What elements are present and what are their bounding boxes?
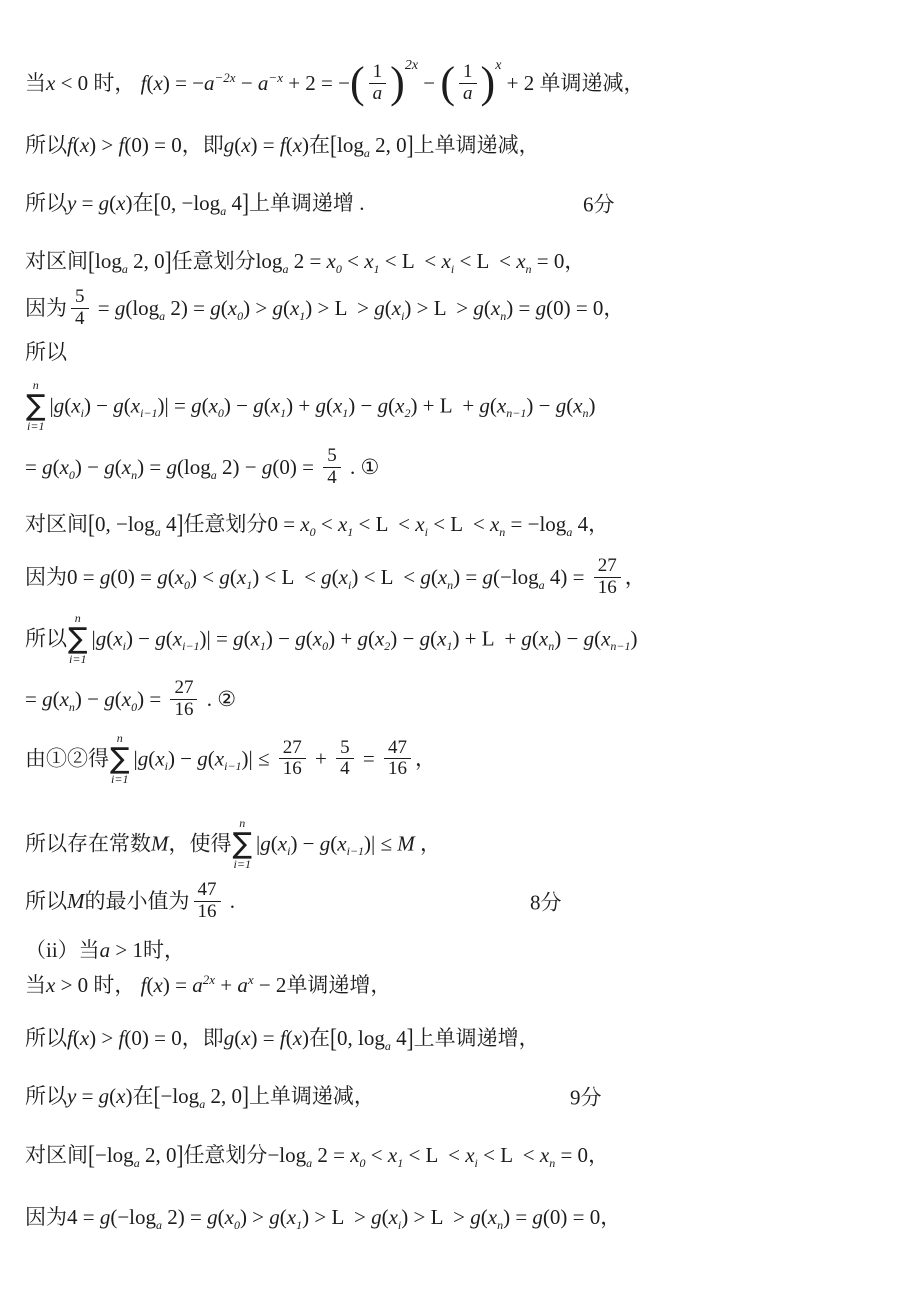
math-roman-run: (log bbox=[177, 455, 211, 479]
math-roman-run: < L < bbox=[454, 249, 516, 273]
math-roman-run: = 0 bbox=[555, 1143, 588, 1167]
math-line-14: 所以存在常数M，使得n∑i=1|g(xi) − g(xi−1)| ≤ M ， bbox=[25, 819, 890, 872]
math-variable: g bbox=[521, 626, 532, 650]
fraction-denominator: 16 bbox=[172, 700, 195, 721]
subscript: a bbox=[385, 1039, 391, 1053]
fraction-numerator: 47 bbox=[194, 880, 221, 902]
bracket: [ bbox=[330, 128, 337, 163]
math-roman-run: < L < bbox=[353, 512, 415, 536]
math-roman-run: log bbox=[337, 133, 364, 157]
math-roman-run: (0) = 0 bbox=[124, 133, 181, 157]
math-roman-run: ( bbox=[166, 626, 173, 650]
math-roman-run: 2) − bbox=[217, 455, 262, 479]
summation-lower-limit: i=1 bbox=[111, 773, 128, 785]
subscript: i−1 bbox=[224, 759, 241, 773]
math-roman-run: 2 = bbox=[288, 249, 326, 273]
math-line-20: 对区间[−loga 2, 0]任意划分−loga 2 = x0 < x1 < L… bbox=[25, 1142, 890, 1172]
math-roman-run: 2) = bbox=[162, 1205, 207, 1229]
big-paren: ( bbox=[350, 70, 365, 96]
math-roman-run: ) − bbox=[75, 455, 104, 479]
subscript: n bbox=[497, 1218, 503, 1232]
math-roman-run: ) = bbox=[251, 133, 280, 157]
bracket: ] bbox=[165, 244, 172, 279]
math-variable: g bbox=[104, 455, 115, 479]
cjk-text-run: 时， bbox=[93, 973, 140, 997]
subscript: 1 bbox=[246, 578, 252, 592]
math-roman-run: − bbox=[236, 71, 258, 95]
math-roman-run: = bbox=[93, 296, 115, 320]
fraction-denominator: 16 bbox=[196, 902, 219, 923]
math-roman-run: 4 bbox=[391, 1026, 407, 1050]
math-variable: x bbox=[154, 71, 163, 95]
math-variable: x bbox=[46, 71, 55, 95]
fraction-numerator: 27 bbox=[279, 738, 306, 760]
cjk-text-run: 在 bbox=[133, 191, 154, 215]
math-roman-run: ) = bbox=[251, 1026, 280, 1050]
math-roman-run: )| ≤ bbox=[364, 831, 397, 855]
math-line-13: 由①②得n∑i=1|g(xi) − g(xi−1)| ≤ 2716 + 54 =… bbox=[25, 734, 890, 787]
subscript: 0 bbox=[69, 468, 75, 482]
cjk-text-run: 所以 bbox=[25, 1084, 67, 1108]
math-roman-run: ( bbox=[490, 393, 497, 417]
math-roman-run: . bbox=[225, 889, 236, 913]
math-variable: x bbox=[293, 1026, 302, 1050]
bracket: ] bbox=[176, 1138, 183, 1173]
math-roman-run: = bbox=[76, 1084, 98, 1108]
subscript: n bbox=[549, 1156, 555, 1170]
math-roman-run: ) = bbox=[163, 973, 192, 997]
fraction-numerator: 47 bbox=[384, 738, 411, 760]
math-variable: g bbox=[99, 1084, 110, 1108]
math-roman-run: ) + L + bbox=[410, 393, 479, 417]
math-variable: x bbox=[122, 687, 131, 711]
cjk-text-run: 任意划分 bbox=[183, 512, 267, 536]
math-variable: g bbox=[420, 626, 431, 650]
subscript: a bbox=[539, 578, 545, 592]
math-variable: x bbox=[415, 512, 424, 536]
math-variable: g bbox=[473, 296, 484, 320]
math-line-3: 所以y = g(x)在[0, −loga 4]上单调递增 .6分 bbox=[25, 190, 890, 220]
fraction: 54 bbox=[71, 287, 89, 329]
subscript: 0 bbox=[336, 262, 342, 276]
math-roman-run: ( bbox=[271, 831, 278, 855]
cjk-text-run: 对区间 bbox=[25, 512, 88, 536]
math-variable: x bbox=[465, 1143, 474, 1167]
math-roman-run: (0) = 0 bbox=[124, 1026, 181, 1050]
subscript: a bbox=[122, 262, 128, 276]
sigma-glyph: ∑ bbox=[68, 624, 88, 653]
superscript: 2x bbox=[203, 972, 215, 987]
math-roman-run: < L < bbox=[478, 1143, 540, 1167]
cjk-text-run: ， bbox=[415, 746, 436, 770]
superscript: 2x bbox=[405, 58, 418, 73]
math-variable: x bbox=[442, 249, 451, 273]
math-variable: x bbox=[116, 191, 125, 215]
math-roman-run: ( bbox=[168, 565, 175, 589]
math-roman-run: ( bbox=[283, 296, 290, 320]
math-variable: x bbox=[271, 393, 280, 417]
math-roman-run: ) − bbox=[84, 393, 113, 417]
math-variable: a bbox=[100, 938, 111, 962]
math-roman-run: 4 = bbox=[67, 1205, 100, 1229]
subscript: i bbox=[398, 1218, 401, 1232]
math-variable: g bbox=[113, 393, 124, 417]
math-roman-run: = −log bbox=[505, 512, 566, 536]
math-variable: M bbox=[67, 889, 85, 913]
sigma-glyph: ∑ bbox=[233, 829, 253, 858]
math-line-21: 因为4 = g(−loga 2) = g(x0) > g(x1) > L > g… bbox=[25, 1204, 890, 1234]
math-roman-run: ) − bbox=[168, 746, 197, 770]
cjk-text-run: 单调递减， bbox=[540, 71, 645, 95]
fraction-numerator: 5 bbox=[71, 287, 89, 309]
cjk-text-run: 所以 bbox=[25, 191, 67, 215]
subscript: a bbox=[211, 468, 217, 482]
subscript: 1 bbox=[347, 525, 353, 539]
cjk-text-run: 得 bbox=[88, 746, 109, 770]
math-variable: g bbox=[374, 296, 385, 320]
math-variable: g bbox=[483, 565, 494, 589]
math-variable: g bbox=[100, 565, 111, 589]
subscript: n bbox=[499, 525, 505, 539]
subscript: a bbox=[159, 309, 165, 323]
math-roman-run: 2, 0 bbox=[205, 1084, 242, 1108]
math-variable: x bbox=[131, 393, 140, 417]
subscript: 1 bbox=[260, 639, 266, 653]
summation-lower-limit: i=1 bbox=[27, 420, 44, 432]
math-variable: g bbox=[224, 133, 235, 157]
math-roman-run: = bbox=[358, 746, 380, 770]
math-roman-run: )| = bbox=[200, 626, 234, 650]
math-variable: x bbox=[154, 973, 163, 997]
cjk-text-run: 由 bbox=[25, 746, 46, 770]
math-roman-run: 4 bbox=[572, 512, 588, 536]
math-variable: x bbox=[350, 1143, 359, 1167]
math-roman-run: 4 bbox=[161, 512, 177, 536]
math-variable: g bbox=[479, 393, 490, 417]
math-roman-run: ( bbox=[230, 565, 237, 589]
math-roman-run: . bbox=[354, 191, 365, 215]
math-line-19: 所以y = g(x)在[−loga 2, 0]上单调递减，9分 bbox=[25, 1083, 890, 1113]
subscript: i−1 bbox=[140, 406, 157, 420]
math-variable: g bbox=[42, 455, 53, 479]
fraction-denominator: 16 bbox=[596, 578, 619, 599]
cjk-text-run: 上单调递增 bbox=[249, 191, 354, 215]
math-roman-run: (0) = 0 bbox=[543, 1205, 600, 1229]
math-roman-run: ) = bbox=[506, 296, 535, 320]
subscript: n bbox=[69, 700, 75, 714]
big-paren: ) bbox=[481, 70, 496, 96]
math-roman-run: ) = bbox=[137, 455, 166, 479]
fraction: 1a bbox=[459, 62, 477, 104]
math-roman-run: ( bbox=[73, 133, 80, 157]
cjk-text-run: ，使得 bbox=[169, 831, 232, 855]
math-roman-run: ) bbox=[302, 133, 309, 157]
big-paren: ) bbox=[390, 70, 405, 96]
fraction: 2716 bbox=[170, 678, 197, 720]
math-roman-run: ( bbox=[115, 455, 122, 479]
math-variable: x bbox=[71, 393, 80, 417]
math-variable: x bbox=[388, 1143, 397, 1167]
math-roman-run: ) bbox=[589, 393, 596, 417]
math-variable: g bbox=[207, 1205, 218, 1229]
cjk-text-run: 所以 bbox=[25, 626, 67, 650]
fraction-denominator: 4 bbox=[73, 309, 87, 330]
subscript: n bbox=[500, 309, 506, 323]
subscript: i−1 bbox=[182, 639, 199, 653]
subscript: 2 bbox=[404, 406, 410, 420]
bracket: [ bbox=[154, 1079, 161, 1114]
math-roman-run: ) > L > bbox=[302, 1205, 371, 1229]
math-variable: x bbox=[237, 565, 246, 589]
math-variable: x bbox=[364, 249, 373, 273]
math-variable: g bbox=[556, 393, 567, 417]
math-roman-run: (−log bbox=[493, 565, 539, 589]
subscript: i bbox=[425, 525, 428, 539]
subscript: 1 bbox=[397, 1156, 403, 1170]
cjk-text-run: 当 bbox=[25, 973, 46, 997]
subscript: i bbox=[81, 406, 84, 420]
math-variable: g bbox=[138, 746, 149, 770]
math-roman-run: −log bbox=[161, 1084, 200, 1108]
math-roman-run: 0, −log bbox=[95, 512, 155, 536]
math-roman-run: ( bbox=[431, 565, 438, 589]
cjk-text-run: 时， bbox=[93, 71, 140, 95]
math-roman-run: ) > bbox=[240, 1205, 269, 1229]
math-roman-run: ( bbox=[264, 393, 271, 417]
math-variable: a bbox=[237, 973, 248, 997]
subscript: n bbox=[447, 578, 453, 592]
math-variable: x bbox=[113, 626, 122, 650]
math-variable: g bbox=[166, 455, 177, 479]
subscript: n bbox=[548, 639, 554, 653]
subscript: 0 bbox=[310, 525, 316, 539]
math-line-15: 所以M的最小值为4716 .8分 bbox=[25, 882, 890, 924]
math-variable: g bbox=[371, 1205, 382, 1229]
subscript: a bbox=[134, 1156, 140, 1170]
math-roman-run: ) = − bbox=[163, 71, 204, 95]
math-variable: g bbox=[233, 626, 244, 650]
bracket: [ bbox=[330, 1021, 337, 1056]
math-roman-run: ( bbox=[53, 687, 60, 711]
cjk-text-run: ， bbox=[564, 249, 585, 273]
math-roman-run: = bbox=[25, 687, 42, 711]
math-line-10: 因为0 = g(0) = g(x0) < g(x1) < L < g(xi) <… bbox=[25, 558, 890, 600]
math-roman-run: ) bbox=[126, 191, 133, 215]
math-roman-run: ( bbox=[218, 1205, 225, 1229]
math-variable: x bbox=[516, 249, 525, 273]
math-variable: x bbox=[173, 626, 182, 650]
fraction-numerator: 27 bbox=[170, 678, 197, 700]
fraction-numerator: 27 bbox=[594, 556, 621, 578]
math-variable: g bbox=[197, 746, 208, 770]
math-roman-run: ( bbox=[73, 1026, 80, 1050]
bracket: ] bbox=[407, 128, 414, 163]
cjk-text-run: 所以 bbox=[25, 1026, 67, 1050]
cjk-text-run: ，即 bbox=[182, 133, 224, 157]
math-variable: y bbox=[67, 191, 76, 215]
subscript: a bbox=[155, 525, 161, 539]
math-variable: x bbox=[225, 1205, 234, 1229]
math-variable: g bbox=[378, 393, 389, 417]
math-roman-run: < bbox=[366, 1143, 388, 1167]
score-mark: 8分 bbox=[530, 890, 562, 917]
summation-lower-limit: i=1 bbox=[69, 653, 86, 665]
cjk-text-run: ， bbox=[588, 1143, 609, 1167]
subscript: n−1 bbox=[506, 406, 526, 420]
bracket: [ bbox=[88, 1138, 95, 1173]
math-roman-run: log bbox=[256, 249, 283, 273]
fraction: 4716 bbox=[384, 738, 411, 780]
math-roman-run: < L < bbox=[403, 1143, 465, 1167]
math-roman-run: ( bbox=[280, 1205, 287, 1229]
cjk-text-run: 上单调递减， bbox=[414, 133, 540, 157]
cjk-text-run: 任意划分 bbox=[183, 1143, 267, 1167]
summation-lower-limit: i=1 bbox=[234, 858, 251, 870]
math-line-11: 所以n∑i=1|g(xi) − g(xi−1)| = g(x1) − g(x0)… bbox=[25, 614, 890, 667]
math-roman-run: ) < L < bbox=[252, 565, 321, 589]
math-line-2: 所以f(x) > f(0) = 0，即g(x) = f(x)在[loga 2, … bbox=[25, 132, 890, 162]
math-roman-run: 0, −log bbox=[161, 191, 221, 215]
superscript: −x bbox=[268, 70, 283, 85]
math-roman-run: 4 bbox=[226, 191, 242, 215]
cjk-text-run: 时， bbox=[143, 938, 185, 962]
fraction-denominator: a bbox=[371, 84, 385, 105]
fraction: 4716 bbox=[194, 880, 221, 922]
math-variable: x bbox=[60, 455, 69, 479]
math-roman-run: ) + bbox=[328, 626, 357, 650]
math-roman-run: ( bbox=[53, 455, 60, 479]
math-roman-run: − bbox=[418, 71, 440, 95]
cjk-text-run: 上单调递减， bbox=[249, 1084, 375, 1108]
math-variable: M bbox=[397, 831, 415, 855]
math-roman-run: ) > bbox=[89, 133, 118, 157]
math-roman-run: ( bbox=[481, 1205, 488, 1229]
math-roman-run: = 0 bbox=[532, 249, 565, 273]
math-variable: x bbox=[293, 133, 302, 157]
math-line-9: 对区间[0, −loga 4]任意划分0 = x0 < x1 < L < xi … bbox=[25, 511, 890, 541]
cjk-text-run: 所以 bbox=[25, 889, 67, 913]
math-roman-run: ( bbox=[332, 565, 339, 589]
subscript: 0 bbox=[131, 700, 137, 714]
math-variable: a bbox=[258, 71, 269, 95]
math-variable: x bbox=[490, 512, 499, 536]
math-variable: g bbox=[260, 831, 271, 855]
cjk-text-run: ， bbox=[625, 565, 646, 589]
math-line-4: 对区间[loga 2, 0]任意划分loga 2 = x0 < x1 < L <… bbox=[25, 248, 890, 278]
bracket: ] bbox=[242, 1079, 249, 1114]
math-variable: x bbox=[389, 1205, 398, 1229]
math-roman-run: > 0 bbox=[55, 973, 93, 997]
math-variable: x bbox=[175, 565, 184, 589]
math-variable: g bbox=[295, 626, 306, 650]
math-variable: a bbox=[204, 71, 215, 95]
summation-symbol: n∑i=1 bbox=[26, 379, 46, 432]
math-roman-run: + bbox=[310, 746, 332, 770]
math-roman-run: < bbox=[342, 249, 364, 273]
subscript: a bbox=[199, 1097, 205, 1111]
fraction-denominator: 16 bbox=[386, 759, 409, 780]
math-variable: x bbox=[327, 249, 336, 273]
math-roman-run: ) < bbox=[190, 565, 219, 589]
math-roman-run: − 2 bbox=[254, 973, 287, 997]
math-variable: x bbox=[392, 296, 401, 320]
cjk-text-run: （ bbox=[25, 938, 46, 962]
subscript: 1 bbox=[374, 262, 380, 276]
math-roman-run: + 2 bbox=[501, 71, 539, 95]
math-roman-run: −log bbox=[267, 1143, 306, 1167]
subscript: a bbox=[364, 146, 370, 160]
math-roman-run: ) > L > bbox=[401, 1205, 470, 1229]
subscript: 1 bbox=[280, 406, 286, 420]
fraction: 1a bbox=[369, 62, 387, 104]
math-variable: x bbox=[241, 1026, 250, 1050]
math-variable: x bbox=[155, 746, 164, 770]
math-roman-run: + 2 = − bbox=[283, 71, 350, 95]
fraction-denominator: 4 bbox=[325, 468, 339, 489]
math-roman-run: ) − bbox=[266, 626, 295, 650]
cjk-text-run: ，即 bbox=[182, 1026, 224, 1050]
math-roman-run: (log bbox=[125, 296, 159, 320]
math-roman-run: 2, 0 bbox=[128, 249, 165, 273]
math-variable: g bbox=[96, 626, 107, 650]
math-roman-run: ( bbox=[532, 626, 539, 650]
subscript: a bbox=[566, 525, 572, 539]
math-roman-run: . ② bbox=[201, 687, 236, 711]
subscript: i bbox=[401, 309, 404, 323]
math-variable: x bbox=[540, 1143, 549, 1167]
subscript: 1 bbox=[299, 309, 305, 323]
subscript: 0 bbox=[237, 309, 243, 323]
math-variable: g bbox=[224, 1026, 235, 1050]
math-roman-run: ( bbox=[286, 1026, 293, 1050]
math-roman-run: ) − bbox=[290, 831, 319, 855]
subscript: i bbox=[451, 262, 454, 276]
math-roman-run: ( bbox=[147, 973, 154, 997]
math-line-12: = g(xn) − g(x0) = 2716 . ② bbox=[25, 680, 890, 722]
math-roman-run: 2 = bbox=[312, 1143, 350, 1167]
summation-symbol: n∑i=1 bbox=[110, 732, 130, 785]
cjk-text-run: 所以 bbox=[25, 340, 67, 364]
math-variable: g bbox=[54, 393, 65, 417]
math-variable: x bbox=[46, 973, 55, 997]
math-line-8: = g(x0) − g(xn) = g(loga 2) − g(0) = 54 … bbox=[25, 448, 890, 490]
cjk-text-run: 当 bbox=[25, 71, 46, 95]
math-variable: g bbox=[104, 687, 115, 711]
cjk-text-run: 在 bbox=[309, 1026, 330, 1050]
math-roman-run: = bbox=[25, 455, 42, 479]
score-mark: 9分 bbox=[570, 1085, 602, 1112]
math-roman-run: ) > bbox=[89, 1026, 118, 1050]
math-variable: g bbox=[100, 1205, 111, 1229]
subscript: n bbox=[526, 262, 532, 276]
math-roman-run: (0) = bbox=[272, 455, 319, 479]
math-variable: y bbox=[67, 1084, 76, 1108]
fraction: 54 bbox=[323, 446, 341, 488]
math-roman-run: 4) = bbox=[545, 565, 590, 589]
math-variable: x bbox=[375, 626, 384, 650]
score-mark: 6分 bbox=[583, 192, 615, 219]
math-roman-run: 0, log bbox=[337, 1026, 385, 1050]
bracket: [ bbox=[88, 244, 95, 279]
math-variable: g bbox=[357, 626, 368, 650]
math-line-1: 当x < 0 时， f(x) = −a−2x − a−x + 2 = −(1a)… bbox=[25, 64, 890, 106]
math-line-5: 因为54 = g(loga 2) = g(x0) > g(x1) > L > g… bbox=[25, 289, 890, 331]
math-variable: x bbox=[209, 393, 218, 417]
math-variable: g bbox=[315, 393, 326, 417]
math-roman-run: ) − bbox=[224, 393, 253, 417]
subscript: 0 bbox=[184, 578, 190, 592]
subscript: 0 bbox=[218, 406, 224, 420]
